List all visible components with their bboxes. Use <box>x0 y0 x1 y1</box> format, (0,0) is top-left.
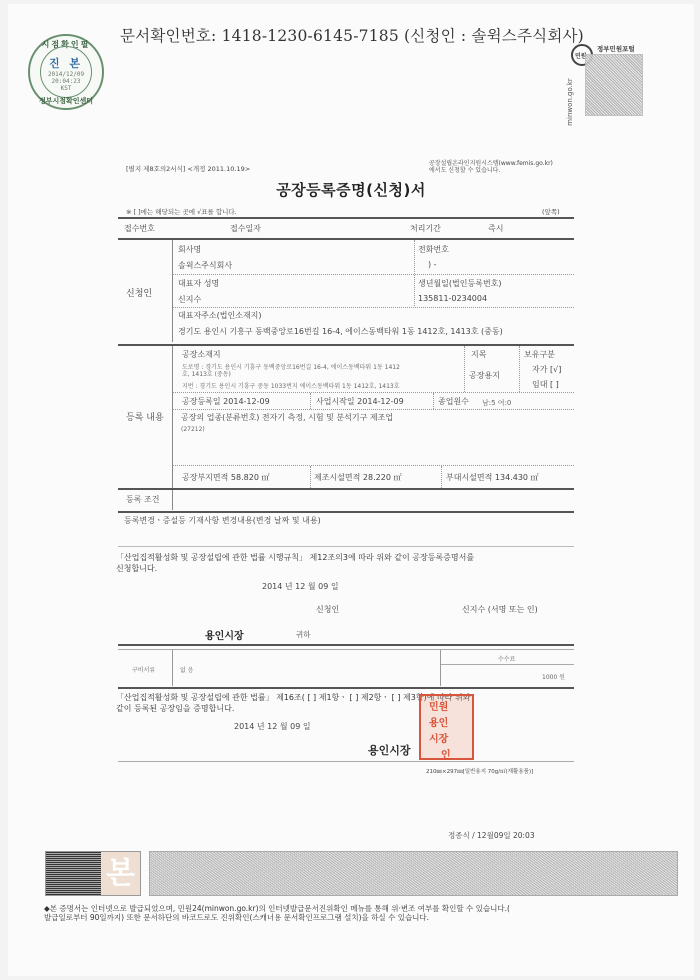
divider <box>118 649 574 650</box>
seal-date: 2014/12/09 <box>30 71 102 78</box>
divider <box>118 546 574 547</box>
processing-period-value: 즉시 <box>488 223 503 234</box>
employees-value: 남:5 여:0 <box>482 398 511 408</box>
document-barcode <box>149 851 678 896</box>
auxiliary-area: 부대시설면적 134.430 ㎡ <box>446 472 539 483</box>
site-area: 공장부지면적 58.820 ㎡ <box>182 472 269 483</box>
issuer-name: 용인시장 <box>368 742 411 758</box>
divider <box>440 650 441 686</box>
road-address-cont: 호, 1413호 (중동) <box>182 369 231 378</box>
form-number: [별지 제8호의2서식] <개정 2011.10.19> <box>126 164 250 173</box>
address-label: 대표자주소(법인소재지) <box>178 310 262 321</box>
divider <box>118 238 574 240</box>
land-category-value: 공장용지 <box>469 370 500 381</box>
official-seal-icon: 민원 용인 시장 인 <box>419 694 474 760</box>
seal-tz: KST <box>30 85 102 92</box>
changes-label: 등록변경ㆍ증설등 기재사항 변경내용(변경 날짜 및 내용) <box>124 515 321 526</box>
receipt-date-label: 접수일자 <box>230 223 261 234</box>
divider <box>441 466 442 488</box>
divider <box>118 761 574 762</box>
divider <box>310 466 311 488</box>
front-side-label: (앞쪽) <box>542 207 560 216</box>
industry-code: (27212) <box>181 426 205 433</box>
ownership-owned[interactable]: 자가 [√] <box>532 364 561 375</box>
seal-char: 인 <box>441 746 451 761</box>
divider <box>118 488 574 490</box>
divider <box>441 664 574 665</box>
footer-notice-line: 발급일로부터 90일까지) 또한 문서하단의 바코드로도 진위확인(스캐너용 문… <box>44 913 684 922</box>
ownership-leased[interactable]: 임대 [ ] <box>532 379 559 390</box>
portal-url: minwon.go.kr <box>568 74 580 134</box>
document-confirm-number: 문서확인번호: 1418-1230-6145-7185 (신청인 : 솔윅스주식… <box>120 24 584 46</box>
ownership-leased-checkbox[interactable]: [ ] <box>550 380 559 389</box>
divider <box>118 687 574 689</box>
divider <box>172 490 173 510</box>
issued-by: 정종식 / 12월09일 20:03 <box>448 830 535 841</box>
seal-datetime: 2014/12/09 20:04:23 KST <box>30 71 102 92</box>
divider <box>310 393 311 409</box>
factory-location-label: 공장소재지 <box>182 349 221 360</box>
employees-label: 종업원수 <box>438 396 469 407</box>
registration-section-label: 등록 내용 <box>126 410 164 423</box>
divider <box>118 511 574 513</box>
request-date: 2014 년 12 월 09 일 <box>262 581 339 592</box>
company-label: 회사명 <box>178 244 201 255</box>
verification-seal: 시점확인필 진 본 2014/12/09 20:04:23 KST 정부시점확인… <box>28 34 104 110</box>
divider <box>464 346 465 392</box>
applicant-sign-name: 신지수 (서명 또는 인) <box>462 604 538 615</box>
online-notice-line: 에서도 신청할 수 있습니다. <box>429 167 553 174</box>
registration-no-label: 생년월일(법인등록번호) <box>418 278 502 289</box>
divider <box>173 392 574 393</box>
company-value: 솔윅스주식회사 <box>178 260 232 271</box>
address-value: 경기도 용인시 기흥구 동백중앙로16번길 16-4, 에이스동백타워 1동 1… <box>178 326 503 337</box>
portal-url-text: minwon.go.kr <box>566 78 574 126</box>
form-title: 공장등록증명(신청)서 <box>8 179 694 200</box>
divider <box>173 307 574 308</box>
fee-value: 1000 원 <box>542 672 565 681</box>
divider <box>173 274 574 275</box>
lot-address: 지번 : 경기도 용인시 기흥구 중동 1033번지 에이스동백타워 1동 14… <box>182 381 400 390</box>
receipt-no-label: 접수번호 <box>124 223 155 234</box>
docs-label: 구비서류 <box>132 665 155 674</box>
ownership-leased-label: 임대 <box>532 380 547 389</box>
divider <box>118 644 574 646</box>
addressee-suffix: 귀하 <box>296 629 311 640</box>
divider <box>519 346 520 392</box>
qr-code-icon <box>585 54 643 116</box>
divider <box>172 650 173 686</box>
ownership-owned-label: 자가 <box>532 365 547 374</box>
seal-main-text: 진 본 <box>30 55 102 71</box>
divider <box>118 344 574 346</box>
representative-value: 신지수 <box>178 294 201 305</box>
seal-char: 시장 <box>429 730 448 745</box>
portal-label: 정부민원포털 <box>597 44 635 53</box>
applicant-section-label: 신청인 <box>126 286 152 299</box>
processing-period-label: 처리기간 <box>410 223 441 234</box>
ownership-label: 보유구분 <box>524 349 555 360</box>
manufacturing-area: 제조시설면적 28.220 ㎡ <box>314 472 401 483</box>
industry: 공장의 업종(분류번호) 전자기 측정, 시험 및 분석기구 제조업 <box>181 412 393 423</box>
barcode-mark: 본 <box>45 851 141 896</box>
footer-notice: ◆본 증명서는 인터넷으로 발급되었으며, 민원24(minwon.go.kr)… <box>44 904 684 922</box>
docs-value: 없 음 <box>180 665 194 674</box>
registration-no-value: 135811-0234004 <box>418 294 487 303</box>
document-page: 문서확인번호: 1418-1230-6145-7185 (신청인 : 솔윅스주식… <box>8 4 694 976</box>
seal-time: 20:04:23 <box>30 78 102 85</box>
representative-label: 대표자 성명 <box>178 278 219 289</box>
divider <box>173 409 574 410</box>
online-notice-line: 공장설립온라인지원시스템(www.femis.go.kr) <box>429 160 553 167</box>
paper-spec: 210㎜×297㎜[일반용지 70g/㎡(재활용품)] <box>426 767 533 775</box>
fee-label: 수수료 <box>498 654 515 663</box>
divider <box>172 240 173 342</box>
certification-text-line2: 같이 등록된 공장임을 증명합니다. <box>116 703 234 714</box>
addressee: 용인시장 <box>205 627 244 642</box>
seal-char: 민원 <box>429 698 448 713</box>
divider <box>172 346 173 488</box>
barcode-mark-text: 본 <box>101 852 140 895</box>
ownership-owned-checkbox[interactable]: [√] <box>550 365 561 374</box>
seal-char: 용인 <box>429 714 448 729</box>
factory-reg-date: 공장등록일 2014-12-09 <box>182 396 270 407</box>
land-category-label: 지목 <box>471 349 486 360</box>
check-note: ※ [ ]에는 해당되는 곳에 √표를 합니다. <box>126 207 237 216</box>
seal-bottom-text: 정부시점확인센터 <box>30 96 102 106</box>
divider <box>414 240 415 306</box>
phone-value: ) - <box>428 260 437 269</box>
applicant-sign-label: 신청인 <box>316 604 339 615</box>
certification-date: 2014 년 12 월 09 일 <box>234 721 311 732</box>
certification-text-line1: 「산업집적활성화 및 공장설립에 관한 법률」 제16조( [ ] 제1항ㆍ [… <box>116 692 470 703</box>
request-text-line2: 신청합니다. <box>116 563 157 574</box>
barcode-grid-icon <box>46 852 101 895</box>
divider <box>173 465 574 466</box>
footer-notice-line: ◆본 증명서는 인터넷으로 발급되었으며, 민원24(minwon.go.kr)… <box>44 904 684 913</box>
divider <box>433 393 434 409</box>
conditions-label: 등록 조건 <box>126 494 159 505</box>
business-start-date: 사업시작일 2014-12-09 <box>316 396 404 407</box>
request-text-line1: 「산업집적활성화 및 공장설립에 관한 법률 시행규칙」 제12조의3에 따라 … <box>116 552 474 563</box>
divider <box>118 217 574 219</box>
phone-label: 전화번호 <box>418 244 449 255</box>
online-notice: 공장설립온라인지원시스템(www.femis.go.kr) 에서도 신청할 수 … <box>429 160 553 174</box>
